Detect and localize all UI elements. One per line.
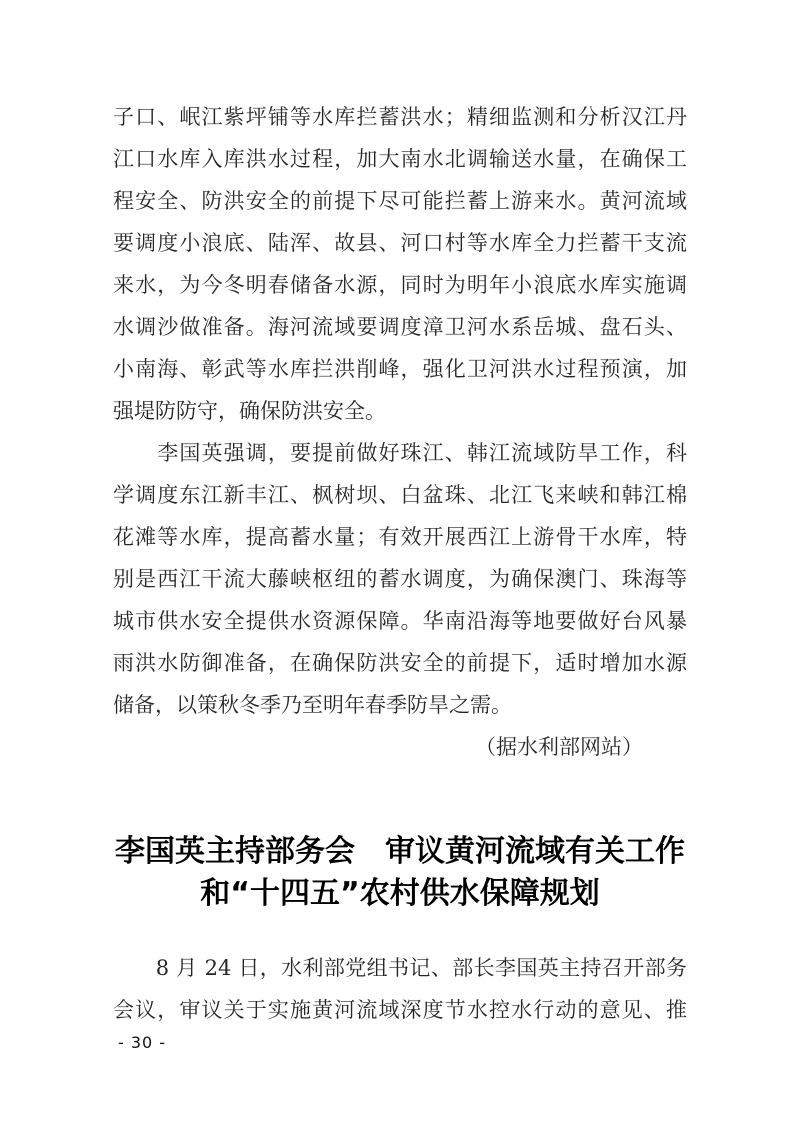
article-title-line2: 和“十四五”农村供水保障规划 bbox=[113, 873, 687, 915]
body-line: 储备，以策秋冬季乃至明年春季防旱之需。 bbox=[113, 684, 687, 726]
body-line: 学调度东江新丰江、枫树坝、白盆珠、北江飞来峡和韩江棉 bbox=[113, 474, 687, 516]
body-line: 8 月 24 日，水利部党组书记、部长李国英主持召开部务 bbox=[113, 947, 687, 989]
article-title: 李国英主持部务会 审议黄河流域有关工作 和“十四五”农村供水保障规划 bbox=[113, 831, 687, 915]
page-number: - 30 - bbox=[118, 1033, 166, 1053]
body-line: 强堤防防守，确保防洪安全。 bbox=[113, 390, 687, 432]
body-line: 小南海、彰武等水库拦洪削峰，强化卫河洪水过程预演，加 bbox=[113, 348, 687, 390]
article1-paragraph1: 子口、岷江紫坪铺等水库拦蓄洪水；精细监测和分析汉江丹 江口水库入库洪水过程，加大… bbox=[113, 96, 687, 432]
body-line: 江口水库入库洪水过程，加大南水北调输送水量，在确保工 bbox=[113, 138, 687, 180]
body-line: 城市供水安全提供水资源保障。华南沿海等地要做好台风暴 bbox=[113, 600, 687, 642]
body-line: 李国英强调，要提前做好珠江、韩江流域防旱工作，科 bbox=[113, 432, 687, 474]
body-line: 花滩等水库，提高蓄水量；有效开展西江上游骨干水库，特 bbox=[113, 516, 687, 558]
body-line: 别是西江干流大藤峡枢纽的蓄水调度，为确保澳门、珠海等 bbox=[113, 558, 687, 600]
body-line: 来水，为今冬明春储备水源，同时为明年小浪底水库实施调 bbox=[113, 264, 687, 306]
body-line: 水调沙做准备。海河流域要调度漳卫河水系岳城、盘石头、 bbox=[113, 306, 687, 348]
source-attribution: （据水利部网站） bbox=[113, 726, 687, 768]
page-content: 子口、岷江紫坪铺等水库拦蓄洪水；精细监测和分析汉江丹 江口水库入库洪水过程，加大… bbox=[113, 96, 687, 1031]
body-line: 要调度小浪底、陆浑、故县、河口村等水库全力拦蓄干支流 bbox=[113, 222, 687, 264]
document-page: 子口、岷江紫坪铺等水库拦蓄洪水；精细监测和分析汉江丹 江口水库入库洪水过程，加大… bbox=[0, 0, 800, 1131]
body-line: 会议，审议关于实施黄河流域深度节水控水行动的意见、推 bbox=[113, 989, 687, 1031]
body-line: 子口、岷江紫坪铺等水库拦蓄洪水；精细监测和分析汉江丹 bbox=[113, 96, 687, 138]
article1-paragraph2: 李国英强调，要提前做好珠江、韩江流域防旱工作，科 学调度东江新丰江、枫树坝、白盆… bbox=[113, 432, 687, 726]
article2-paragraph1: 8 月 24 日，水利部党组书记、部长李国英主持召开部务 会议，审议关于实施黄河… bbox=[113, 947, 687, 1031]
article-title-line1: 李国英主持部务会 审议黄河流域有关工作 bbox=[113, 831, 687, 873]
body-line: 雨洪水防御准备，在确保防洪安全的前提下，适时增加水源 bbox=[113, 642, 687, 684]
body-line: 程安全、防洪安全的前提下尽可能拦蓄上游来水。黄河流域 bbox=[113, 180, 687, 222]
